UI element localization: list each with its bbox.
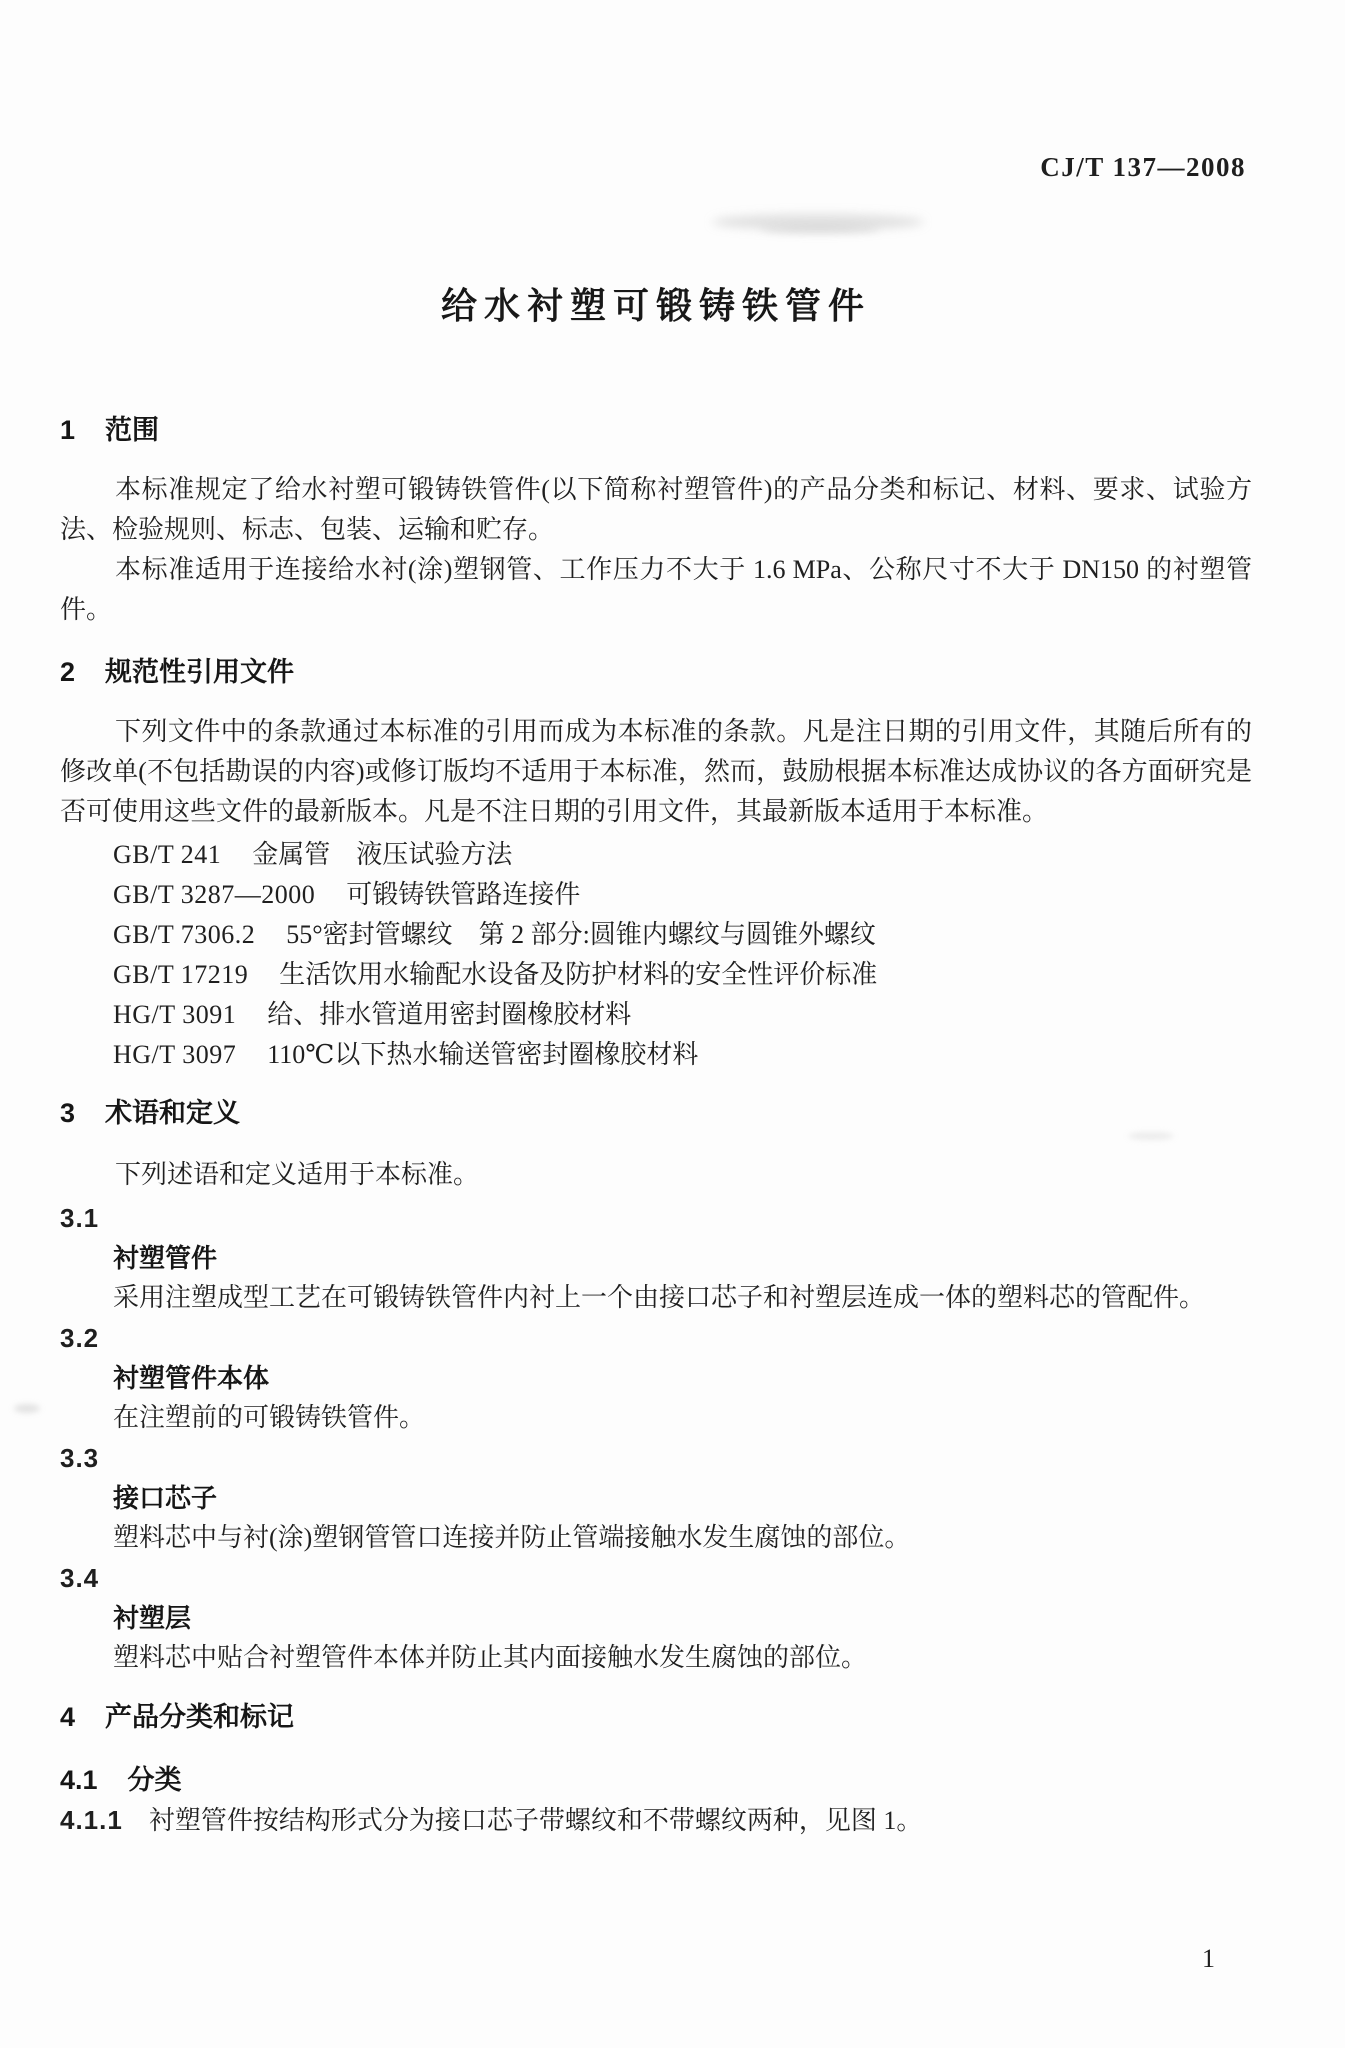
term-block: 3.2 衬塑管件本体 在注塑前的可锻铸铁管件。 (60, 1318, 1252, 1438)
reference-title: 生活饮用水输配水设备及防护材料的安全性评价标准 (279, 960, 877, 989)
section-3-number: 3 (60, 1093, 75, 1133)
section-1-label: 范围 (105, 410, 159, 450)
reference-item: HG/T 3091给、排水管道用密封圈橡胶材料 (60, 995, 1252, 1035)
clause-4-1-1: 4.1.1衬塑管件按结构形式分为接口芯子带螺纹和不带螺纹两种，见图 1。 (60, 1800, 1252, 1841)
term-block: 3.4 衬塑层 塑料芯中贴合衬塑管件本体并防止其内面接触水发生腐蚀的部位。 (60, 1558, 1252, 1678)
references-list: GB/T 241金属管 液压试验方法 GB/T 3287—2000可锻铸铁管路连… (60, 835, 1252, 1075)
term-number: 3.4 (60, 1558, 1252, 1598)
term-title: 接口芯子 (60, 1478, 1252, 1518)
section-3-heading: 3 术语和定义 (60, 1093, 1252, 1133)
reference-item: GB/T 3287—2000可锻铸铁管路连接件 (60, 875, 1252, 915)
term-definition: 塑料芯中与衬(涂)塑钢管管口连接并防止管端接触水发生腐蚀的部位。 (60, 1518, 1252, 1558)
section-2-number: 2 (60, 652, 75, 692)
reference-item: HG/T 3097110℃以下热水输送管密封圈橡胶材料 (60, 1035, 1252, 1075)
term-block: 3.3 接口芯子 塑料芯中与衬(涂)塑钢管管口连接并防止管端接触水发生腐蚀的部位… (60, 1438, 1252, 1558)
reference-title: 金属管 液压试验方法 (252, 840, 512, 869)
section-1-number: 1 (60, 410, 75, 450)
section-1-heading: 1 范围 (60, 410, 1252, 450)
document-page: CJ/T 137—2008 给水衬塑可锻铸铁管件 1 范围 本标准规定了给水衬塑… (0, 0, 1345, 2048)
section-4-heading: 4 产品分类和标记 (60, 1697, 1252, 1737)
reference-code: HG/T 3097 (113, 1040, 236, 1069)
reference-code: GB/T 7306.2 (113, 920, 255, 949)
term-definition: 在注塑前的可锻铸铁管件。 (60, 1398, 1252, 1438)
section-4-1-heading: 4.1 分类 (60, 1760, 1252, 1800)
term-definition: 塑料芯中贴合衬塑管件本体并防止其内面接触水发生腐蚀的部位。 (60, 1638, 1252, 1678)
reference-code: HG/T 3091 (113, 1000, 236, 1029)
term-number: 3.2 (60, 1318, 1252, 1358)
section-2-label: 规范性引用文件 (105, 652, 294, 692)
term-definition: 采用注塑成型工艺在可锻铸铁管件内衬上一个由接口芯子和衬塑层连成一体的塑料芯的管配… (60, 1278, 1252, 1318)
reference-item: GB/T 17219生活饮用水输配水设备及防护材料的安全性评价标准 (60, 955, 1252, 995)
page-content: CJ/T 137—2008 给水衬塑可锻铸铁管件 1 范围 本标准规定了给水衬塑… (60, 0, 1252, 1841)
term-title: 衬塑管件 (60, 1238, 1252, 1278)
section-4-label: 产品分类和标记 (105, 1697, 294, 1737)
section-3-label: 术语和定义 (105, 1093, 240, 1133)
references-intro: 下列文件中的条款通过本标准的引用而成为本标准的条款。凡是注日期的引用文件，其随后… (60, 712, 1252, 832)
term-number: 3.1 (60, 1198, 1252, 1238)
page-number: 1 (1202, 1944, 1215, 1974)
scope-paragraph-2: 本标准适用于连接给水衬(涂)塑钢管、工作压力不大于 1.6 MPa、公称尺寸不大… (60, 550, 1252, 630)
reference-title: 可锻铸铁管路连接件 (346, 880, 580, 909)
section-4-1-label: 分类 (128, 1760, 182, 1800)
reference-title: 给、排水管道用密封圈橡胶材料 (267, 1000, 631, 1029)
term-title: 衬塑管件本体 (60, 1358, 1252, 1398)
term-number: 3.3 (60, 1438, 1252, 1478)
reference-item: GB/T 7306.255°密封管螺纹 第 2 部分:圆锥内螺纹与圆锥外螺纹 (60, 915, 1252, 955)
doc-title: 给水衬塑可锻铸铁管件 (60, 286, 1252, 326)
term-title: 衬塑层 (60, 1598, 1252, 1638)
reference-title: 55°密封管螺纹 第 2 部分:圆锥内螺纹与圆锥外螺纹 (286, 920, 876, 949)
clause-4-1-1-text: 衬塑管件按结构形式分为接口芯子带螺纹和不带螺纹两种，见图 1。 (149, 1806, 923, 1835)
scope-paragraph-1: 本标准规定了给水衬塑可锻铸铁管件(以下简称衬塑管件)的产品分类和标记、材料、要求… (60, 470, 1252, 550)
reference-code: GB/T 17219 (113, 960, 248, 989)
terms-list: 3.1 衬塑管件 采用注塑成型工艺在可锻铸铁管件内衬上一个由接口芯子和衬塑层连成… (60, 1198, 1252, 1678)
scan-smudge (14, 1404, 40, 1413)
reference-item: GB/T 241金属管 液压试验方法 (60, 835, 1252, 875)
doc-code: CJ/T 137—2008 (60, 0, 1252, 182)
terms-intro: 下列述语和定义适用于本标准。 (60, 1155, 1252, 1195)
reference-title: 110℃以下热水输送管密封圈橡胶材料 (267, 1040, 698, 1069)
reference-code: GB/T 3287—2000 (113, 880, 315, 909)
clause-4-1-1-number: 4.1.1 (60, 1805, 123, 1835)
term-block: 3.1 衬塑管件 采用注塑成型工艺在可锻铸铁管件内衬上一个由接口芯子和衬塑层连成… (60, 1198, 1252, 1318)
section-4-number: 4 (60, 1697, 75, 1737)
section-2-heading: 2 规范性引用文件 (60, 652, 1252, 692)
reference-code: GB/T 241 (113, 840, 221, 869)
section-4-1-number: 4.1 (60, 1760, 98, 1800)
